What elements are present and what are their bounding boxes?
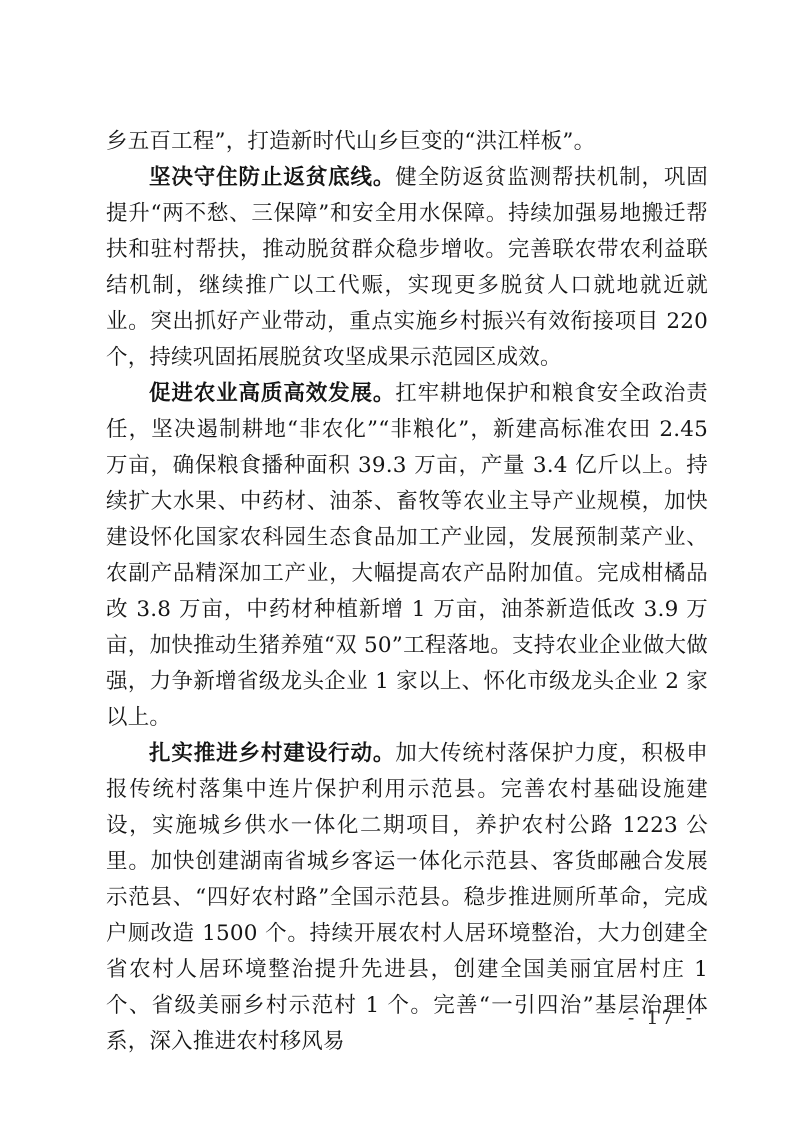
paragraph-text: 乡五百工程”，打造新时代山乡巨变的“洪江样板”。 xyxy=(106,129,595,154)
paragraph: 促进农业高质高效发展。扛牢耕地保护和粮食安全政治责任，坚决遏制耕地“非农化”“非… xyxy=(106,376,708,736)
document-body-text: 乡五百工程”，打造新时代山乡巨变的“洪江样板”。 坚决守住防止返贫底线。健全防返… xyxy=(106,124,708,1060)
page-number: - 17 - xyxy=(628,1006,695,1030)
paragraph-text: 加大传统村落保护力度，积极申报传统村落集中连片保护利用示范县。完善农村基础设施建… xyxy=(106,741,708,1054)
paragraph: 乡五百工程”，打造新时代山乡巨变的“洪江样板”。 xyxy=(106,124,708,160)
paragraph: 扎实推进乡村建设行动。加大传统村落保护力度，积极申报传统村落集中连片保护利用示范… xyxy=(106,736,708,1060)
paragraph-lead-bold: 扎实推进乡村建设行动。 xyxy=(149,741,395,766)
document-page: 乡五百工程”，打造新时代山乡巨变的“洪江样板”。 坚决守住防止返贫底线。健全防返… xyxy=(0,0,793,1122)
paragraph-lead-bold: 坚决守住防止返贫底线。 xyxy=(149,165,395,190)
paragraph-text: 健全防返贫监测帮扶机制，巩固提升“两不愁、三保障”和安全用水保障。持续加强易地搬… xyxy=(106,165,708,370)
paragraph-text: 扛牢耕地保护和粮食安全政治责任，坚决遏制耕地“非农化”“非粮化”，新建高标准农田… xyxy=(106,381,708,730)
paragraph: 坚决守住防止返贫底线。健全防返贫监测帮扶机制，巩固提升“两不愁、三保障”和安全用… xyxy=(106,160,708,376)
paragraph-lead-bold: 促进农业高质高效发展。 xyxy=(149,381,395,406)
